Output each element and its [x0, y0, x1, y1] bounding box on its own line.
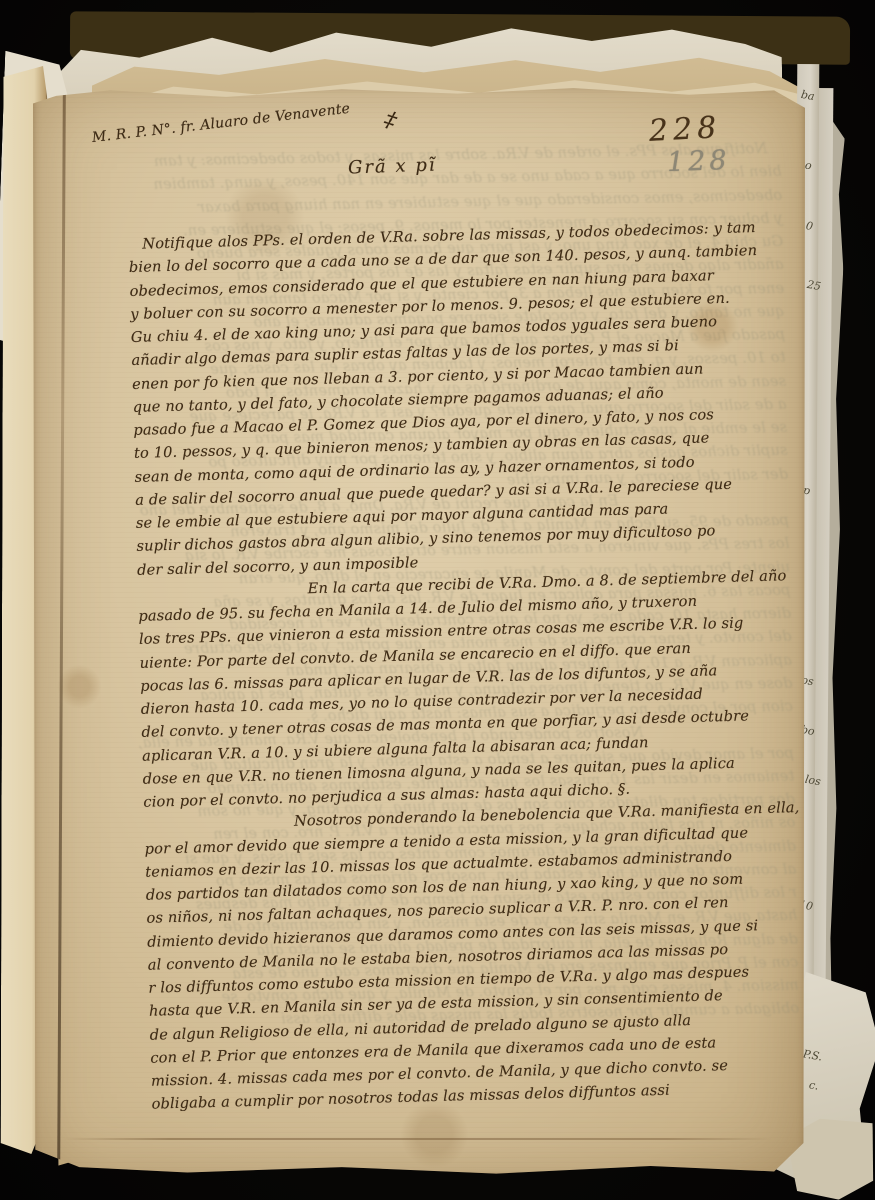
addressee-line: M. R. P. N°. fr. Aluaro de Venavente	[91, 101, 351, 146]
body-text: Notifique alos PPs. el orden de V.Ra. so…	[128, 215, 805, 1116]
edge-text-fragment: P.S.	[802, 1047, 823, 1063]
edge-text-fragment: o	[804, 159, 813, 173]
folio-number-pencil: 128	[666, 145, 731, 178]
edge-text-fragment: 25	[806, 278, 822, 293]
vertical-fold-crease	[57, 86, 66, 1178]
edge-text-fragment: ba	[800, 88, 816, 103]
salutation: Grã x pĩ	[348, 154, 437, 178]
edge-text-fragment: c.	[808, 1078, 820, 1092]
folio-number-ink: 228	[648, 110, 722, 149]
horizontal-fold-crease	[63, 1138, 773, 1140]
cross-mark: ‡	[381, 107, 399, 134]
ghost-line: obedecimos, emos considerado que el que …	[96, 183, 782, 221]
photograph-of-manuscript: bao1025ptosbolos10P.S.c.paroir Notifique…	[0, 0, 875, 1200]
manuscript-page: Notifique alos PPs. el orden de V.Ra. so…	[33, 86, 805, 1178]
edge-text-fragment: los	[804, 773, 822, 789]
